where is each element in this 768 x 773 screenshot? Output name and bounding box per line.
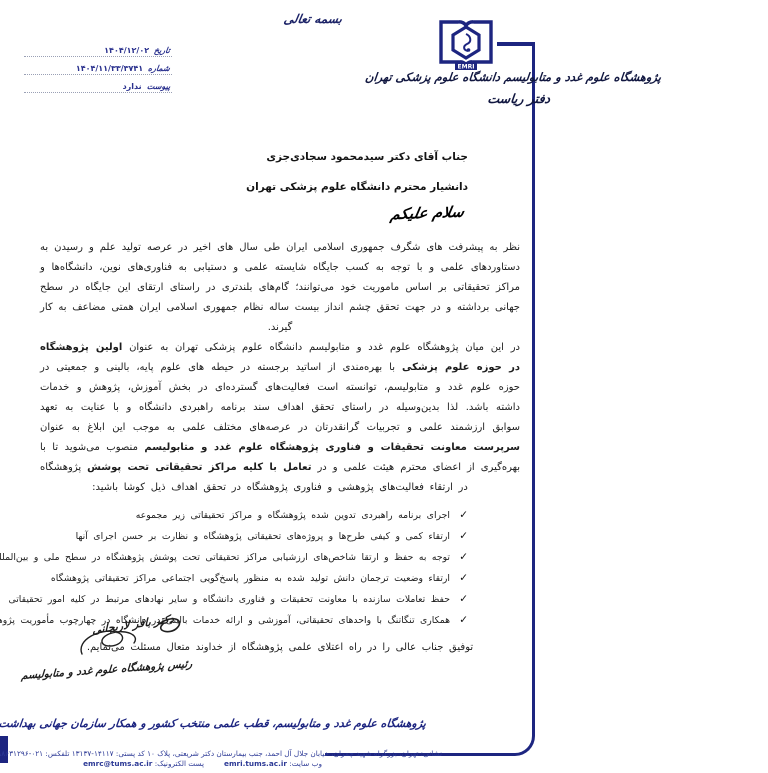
p2-bold-interaction: تعامل با کلیه مراکز تحقیقاتی تحت پوشش [87,462,311,473]
office-line: دفتر ریاست [378,91,660,106]
list-item: ✓ حفظ تعاملات سازنده با معاونت تحقیقات و… [40,589,520,610]
bullet-text: حفظ تعاملات سازنده با معاونت تحقیقات و ف… [8,594,450,605]
date-label: تاریخ [153,46,170,55]
footer-motto-line: پژوهشگاه علوم غدد و متابولیسم، قطب علمی … [77,717,427,730]
bullet-text: توجه به حفظ و ارتقا شاخص‌های ارزشیابی مر… [0,552,450,563]
bullet-text: اجرای برنامه راهبردی تدوین شده پژوهشگاه … [136,510,450,521]
p2-bold-appointment-title: سرپرست معاونت تحقیقات و فناوری پژوهشگاه … [144,442,520,453]
paragraph-1: نظر به پیشرفت های شگرف جمهوری اسلامی ایر… [40,238,520,338]
email-item: پست الکترونیک: emrc@tums.ac.ir [83,759,204,768]
website-label: وب سایت: [289,759,322,768]
salutation-text: سلام علیکم [389,203,465,224]
website-url: emri.tums.ac.ir [224,759,287,768]
check-icon: ✓ [459,610,468,631]
letter-body: نظر به پیشرفت های شگرف جمهوری اسلامی ایر… [40,238,520,668]
website-item: وب سایت: emri.tums.ac.ir [224,759,322,768]
email-address: emrc@tums.ac.ir [83,759,152,768]
attachment-label: پیوست [146,82,171,91]
bismillah-text: بسمه تعالی [283,12,344,26]
list-item: ✓ ارتقاء وضعیت ترجمان دانش تولید شده به … [40,568,520,589]
attachment-value: ندارد [123,82,142,91]
signature-block: دکتر باقر لاریجانی رئیس پژوهشگاه علوم غد… [24,610,234,705]
check-icon: ✓ [459,547,468,568]
meta-row-number: شماره ۱۴۰۴/۱۱/۳۳/۳۷۴۱ [24,62,172,75]
check-icon: ✓ [459,526,468,547]
check-icon: ✓ [459,568,468,589]
letter-meta-block: تاریخ ۱۴۰۴/۱۲/۰۲ شماره ۱۴۰۴/۱۱/۳۳/۳۷۴۱ پ… [24,44,172,98]
recipient-title-line: دانشیار محترم دانشگاه علوم پزشکی تهران [246,172,468,202]
p2-text: در این میان پژوهشگاه علوم غدد و متابولیس… [122,342,520,353]
org-header-block: پژوهشگاه علوم غدد و متابولیسم دانشگاه عل… [378,70,662,106]
list-item: ✓ توجه به حفظ و ارتقا شاخص‌های ارزشیابی … [40,547,520,568]
check-icon: ✓ [459,589,468,610]
bullet-text: ارتقاء کمی و کیفی طرح‌ها و پروژه‌های تحق… [76,531,450,542]
list-item: ✓ ارتقاء کمی و کیفی طرح‌ها و پروژه‌های ت… [40,526,520,547]
meta-row-date: تاریخ ۱۴۰۴/۱۲/۰۲ [24,44,172,57]
number-label: شماره [148,64,171,73]
bullet-text: ارتقاء وضعیت ترجمان دانش تولید شده به من… [51,573,450,584]
date-value: ۱۴۰۴/۱۲/۰۲ [104,46,149,55]
footer-links-line: وب سایت: emri.tums.ac.ir پست الکترونیک: … [30,759,322,768]
email-label: پست الکترونیک: [155,759,204,768]
number-value: ۱۴۰۴/۱۱/۳۳/۳۷۴۱ [76,64,143,73]
letter-page: بسمه تعالی تاریخ ۱۴۰۴/۱۲/۰۲ شماره ۱۴۰۴/۱… [0,0,768,773]
meta-row-attachment: پیوست ندارد [24,80,172,93]
paragraph-2: در این میان پژوهشگاه علوم غدد و متابولیس… [40,338,520,498]
list-item: ✓ اجرای برنامه راهبردی تدوین شده پژوهشگا… [40,505,520,526]
emri-logo-icon: EMRI [428,16,504,78]
recipient-name-line: جناب آقای دکتر سیدمحمود سجادی‌جزی [246,142,468,172]
recipient-block: جناب آقای دکتر سیدمحمود سجادی‌جزی دانشیا… [246,142,468,202]
footer-address-line: نشانی: تهران، بزرگراه شهید چمران، خیابان… [4,749,442,758]
check-icon: ✓ [459,505,468,526]
org-name-line: پژوهشگاه علوم غدد و متابولیسم دانشگاه عل… [380,70,661,84]
